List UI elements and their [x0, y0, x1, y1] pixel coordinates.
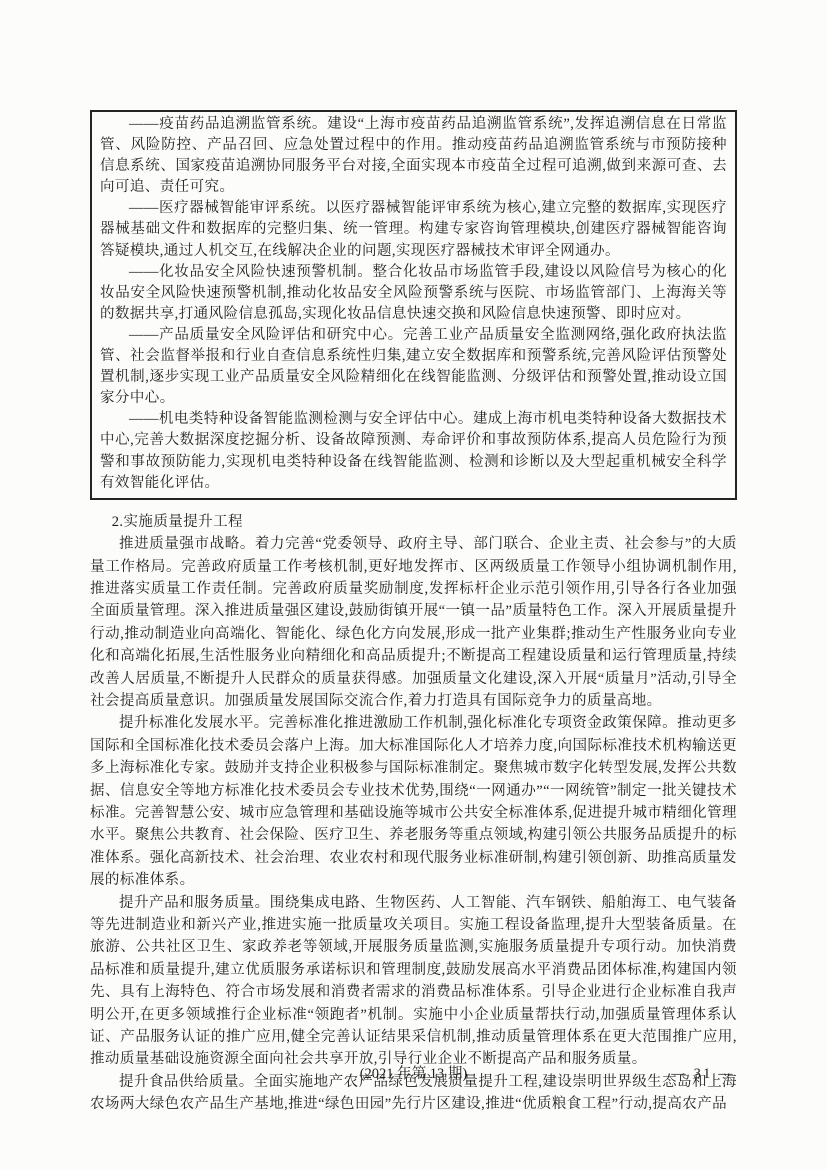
- box-paragraph-medical-device-review: ——医疗器械智能审评系统。以医疗器械智能评审系统为核心,建立完整的数据库,实现医…: [100, 198, 727, 261]
- box-paragraph-electromechanical-equipment-center: ——机电类特种设备智能监测检测与安全评估中心。建成上海市机电类特种设备大数据技术…: [100, 409, 727, 493]
- page-content: ——疫苗药品追溯监管系统。建设“上海市疫苗药品追溯监管系统”,发挥追溯信息在日常…: [90, 110, 737, 1116]
- boxed-highlight-section: ——疫苗药品追溯监管系统。建设“上海市疫苗药品追溯监管系统”,发挥追溯信息在日常…: [90, 110, 737, 500]
- box-paragraph-cosmetics-risk-warning: ——化妆品安全风险快速预警机制。整合化妆品市场监管手段,建设以风险信号为核心的化…: [100, 262, 727, 325]
- page-number: — 31 —: [671, 1062, 735, 1086]
- box-paragraph-vaccine-tracing: ——疫苗药品追溯监管系统。建设“上海市疫苗药品追溯监管系统”,发挥追溯信息在日常…: [100, 114, 727, 198]
- page-footer: (2021 年第 13 期) — 31 —: [90, 1062, 737, 1086]
- body-paragraph-quality-city-strategy: 推进质量强市战略。着力完善“党委领导、政府主导、部门联合、企业主责、社会参与”的…: [90, 533, 737, 712]
- document-page: ——疫苗药品追溯监管系统。建设“上海市疫苗药品追溯监管系统”,发挥追溯信息在日常…: [0, 0, 827, 1170]
- body-paragraph-standardization: 提升标准化发展水平。完善标准化推进激励工作机制,强化标准化专项资金政策保障。推动…: [90, 712, 737, 891]
- body-paragraph-product-service-quality: 提升产品和服务质量。围绕集成电路、生物医药、人工智能、汽车钢铁、船舶海工、电气装…: [90, 892, 737, 1071]
- box-paragraph-product-quality-risk-center: ——产品质量安全风险评估和研究中心。完善工业产品质量安全监测网络,强化政府执法监…: [100, 325, 727, 409]
- issue-label: (2021 年第 13 期): [360, 1066, 468, 1082]
- section-heading: 2.实施质量提升工程: [90, 511, 737, 533]
